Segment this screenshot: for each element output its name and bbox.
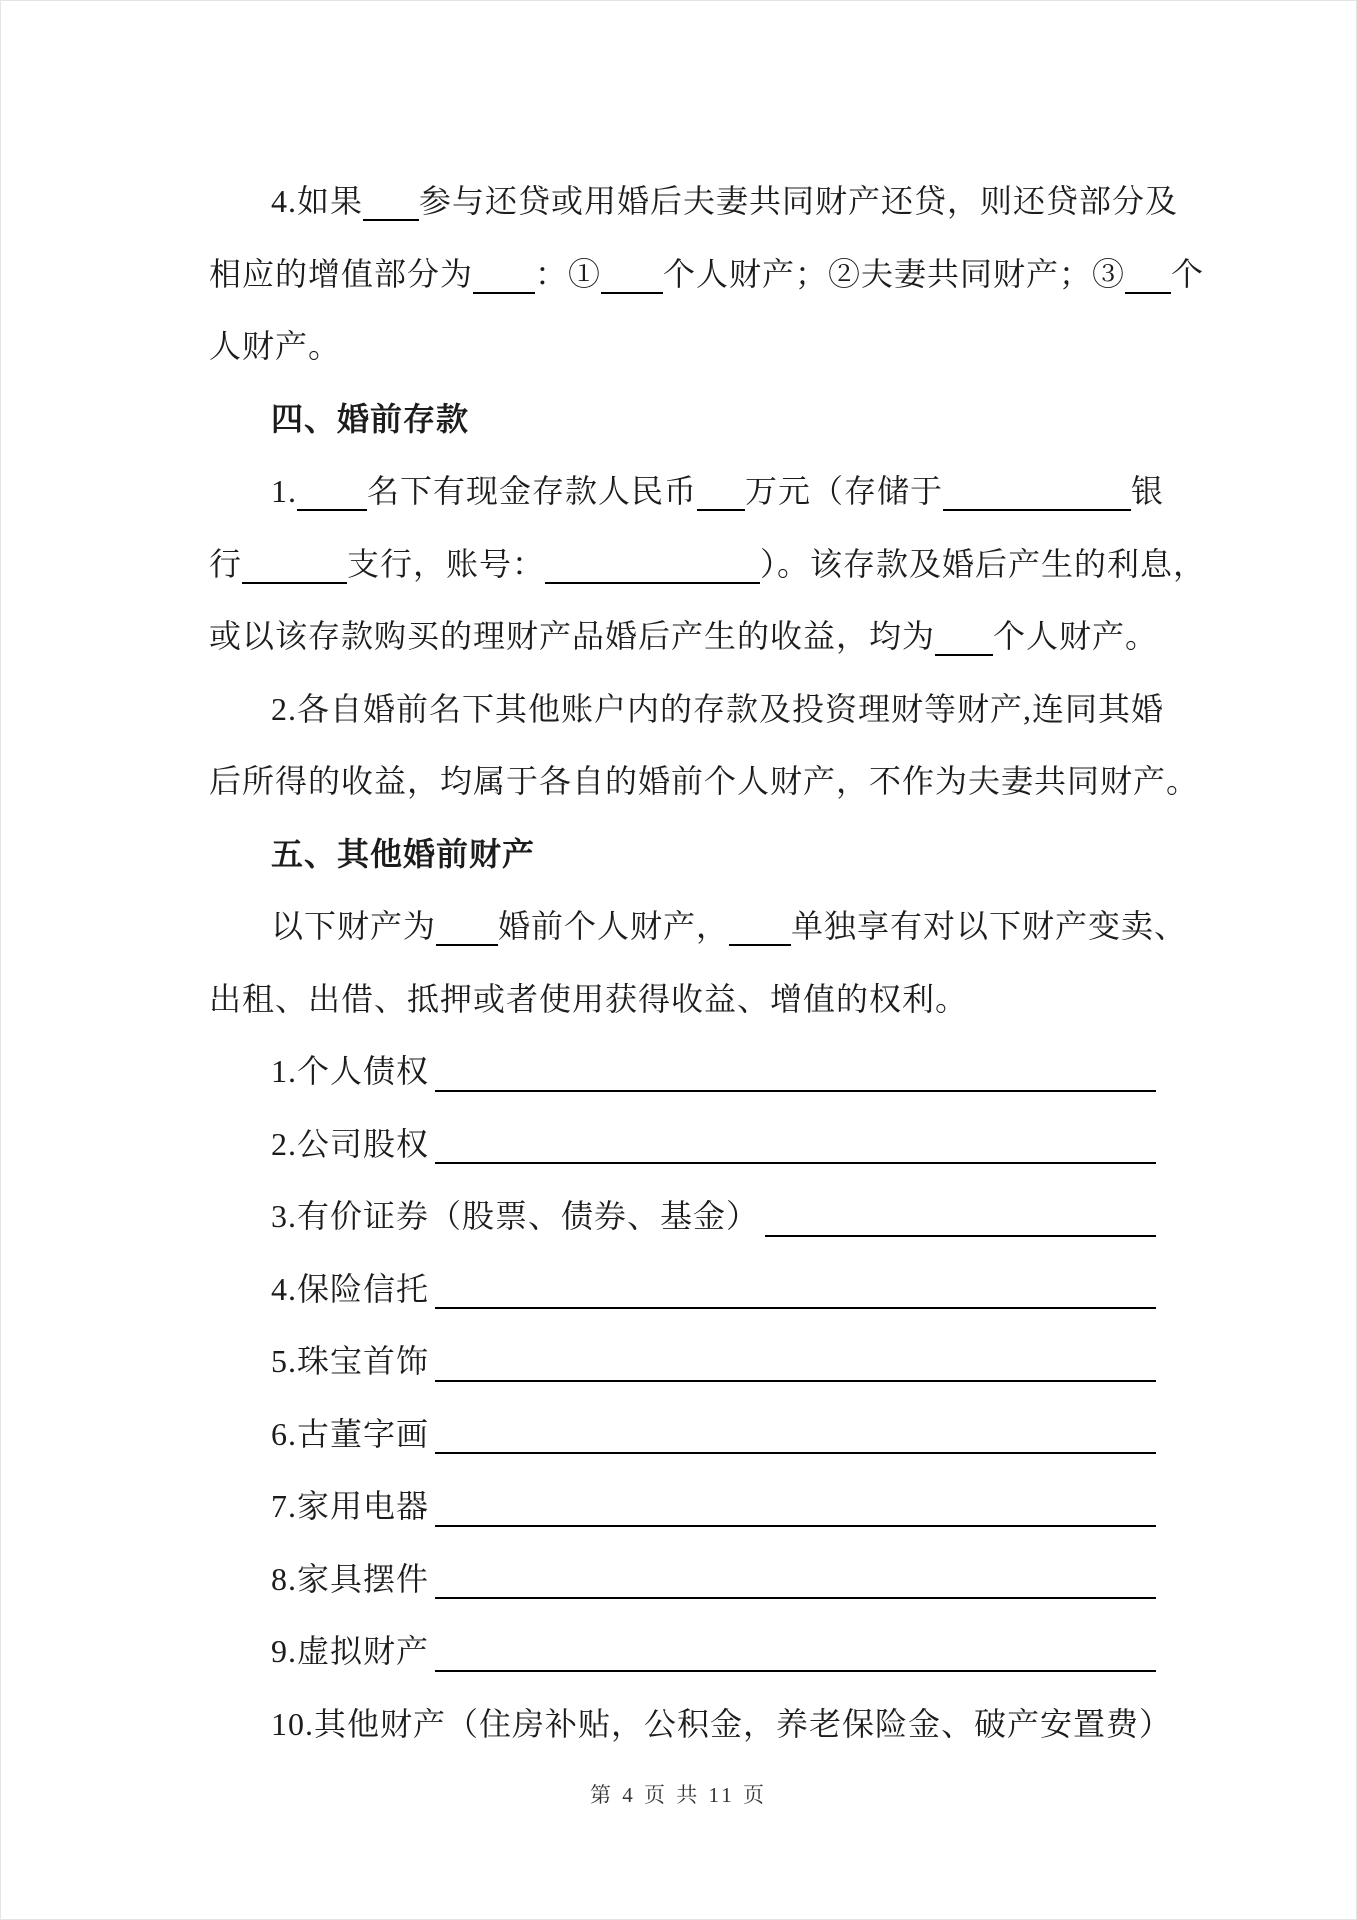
blank-field <box>935 600 993 656</box>
document-line: 行支行，账号：）。该存款及婚后产生的利息， <box>209 528 1156 601</box>
line-text: 7.家用电器 <box>271 1470 429 1543</box>
fill-line <box>765 1180 1156 1237</box>
line-text: 6.古董字画 <box>271 1398 429 1471</box>
line-text: 银 <box>1131 473 1164 509</box>
blank-field <box>943 455 1131 511</box>
blank-field <box>601 238 663 294</box>
blank-field <box>242 528 347 584</box>
blank-field <box>545 528 760 584</box>
fill-line <box>435 1543 1156 1600</box>
line-text: ：① <box>535 256 601 292</box>
document-page: 4.如果参与还贷或用婚后夫妻共同财产还贷，则还贷部分及相应的增值部分为：①个人财… <box>0 0 1357 1920</box>
line-text: 2.公司股权 <box>271 1108 429 1181</box>
line-text: 4.保险信托 <box>271 1253 429 1326</box>
line-text: 五、其他婚前财产 <box>271 836 535 872</box>
line-text: 4.如果 <box>271 183 363 219</box>
document-line: 2.公司股权 <box>209 1108 1156 1181</box>
line-text: 9.虚拟财产 <box>271 1615 429 1688</box>
line-text: 8.家具摆件 <box>271 1543 429 1616</box>
section-heading: 四、婚前存款 <box>209 383 1156 456</box>
document-line: 1.名下有现金存款人民币万元（存储于银 <box>209 455 1156 528</box>
document-line: 4.如果参与还贷或用婚后夫妻共同财产还贷，则还贷部分及 <box>209 165 1156 238</box>
line-text: 1.个人债权 <box>271 1035 429 1108</box>
page-footer: 第 4 页 共 11 页 <box>1 1779 1356 1809</box>
fill-line <box>435 1398 1156 1455</box>
document-line: 出租、出借、抵押或者使用获得收益、增值的权利。 <box>209 963 1156 1036</box>
blank-field <box>297 455 367 511</box>
document-line: 或以该存款购买的理财产品婚后产生的收益，均为个人财产。 <box>209 600 1156 673</box>
line-text: 个 <box>1171 256 1204 292</box>
document-line: 相应的增值部分为：①个人财产；②夫妻共同财产；③个 <box>209 238 1156 311</box>
line-text: 名下有现金存款人民币 <box>367 473 697 509</box>
line-text: 行 <box>209 546 242 582</box>
fill-line <box>435 1253 1156 1310</box>
line-text: ）。该存款及婚后产生的利息， <box>760 546 1206 582</box>
document-body: 4.如果参与还贷或用婚后夫妻共同财产还贷，则还贷部分及相应的增值部分为：①个人财… <box>209 165 1156 1760</box>
blank-field <box>436 890 498 946</box>
document-line: 1.个人债权 <box>209 1035 1156 1108</box>
document-line: 8.家具摆件 <box>209 1543 1156 1616</box>
line-text: 参与还贷或用婚后夫妻共同财产还贷，则还贷部分及 <box>419 183 1178 219</box>
document-line: 10.其他财产（住房补贴，公积金，养老保险金、破产安置费） <box>209 1688 1156 1761</box>
blank-field <box>363 165 419 221</box>
blank-field <box>473 238 535 294</box>
document-line: 后所得的收益，均属于各自的婚前个人财产，不作为夫妻共同财产。 <box>209 745 1156 818</box>
blank-field <box>697 455 745 511</box>
line-text: 1. <box>271 473 297 509</box>
line-text: 个人财产。 <box>993 618 1158 654</box>
line-text: 支行，账号： <box>347 546 545 582</box>
line-text: 2.各自婚前名下其他账户内的存款及投资理财等财产,连同其婚 <box>271 691 1164 727</box>
fill-line <box>435 1470 1156 1527</box>
document-line: 9.虚拟财产 <box>209 1615 1156 1688</box>
blank-field <box>729 890 791 946</box>
line-text: 四、婚前存款 <box>271 401 469 437</box>
line-text: 个人财产；②夫妻共同财产；③ <box>663 256 1125 292</box>
document-line: 7.家用电器 <box>209 1470 1156 1543</box>
line-text: 以下财产为 <box>271 908 436 944</box>
document-line: 4.保险信托 <box>209 1253 1156 1326</box>
line-text: 10.其他财产（住房补贴，公积金，养老保险金、破产安置费） <box>271 1706 1172 1742</box>
line-text: 相应的增值部分为 <box>209 256 473 292</box>
document-line: 2.各自婚前名下其他账户内的存款及投资理财等财产,连同其婚 <box>209 673 1156 746</box>
document-line: 6.古董字画 <box>209 1398 1156 1471</box>
fill-line <box>435 1035 1156 1092</box>
document-line: 人财产。 <box>209 310 1156 383</box>
document-line: 3.有价证券（股票、债券、基金） <box>209 1180 1156 1253</box>
fill-line <box>435 1325 1156 1382</box>
document-line: 5.珠宝首饰 <box>209 1325 1156 1398</box>
line-text: 单独享有对以下财产变卖、 <box>791 908 1187 944</box>
line-text: 5.珠宝首饰 <box>271 1325 429 1398</box>
line-text: 后所得的收益，均属于各自的婚前个人财产，不作为夫妻共同财产。 <box>209 763 1199 799</box>
blank-field <box>1125 238 1171 294</box>
line-text: 人财产。 <box>209 328 341 364</box>
line-text: 3.有价证券（股票、债券、基金） <box>271 1180 759 1253</box>
line-text: 出租、出借、抵押或者使用获得收益、增值的权利。 <box>209 981 968 1017</box>
fill-line <box>435 1615 1156 1672</box>
line-text: 婚前个人财产， <box>498 908 729 944</box>
line-text: 或以该存款购买的理财产品婚后产生的收益，均为 <box>209 618 935 654</box>
section-heading: 五、其他婚前财产 <box>209 818 1156 891</box>
line-text: 万元（存储于 <box>745 473 943 509</box>
fill-line <box>435 1108 1156 1165</box>
document-line: 以下财产为婚前个人财产，单独享有对以下财产变卖、 <box>209 890 1156 963</box>
